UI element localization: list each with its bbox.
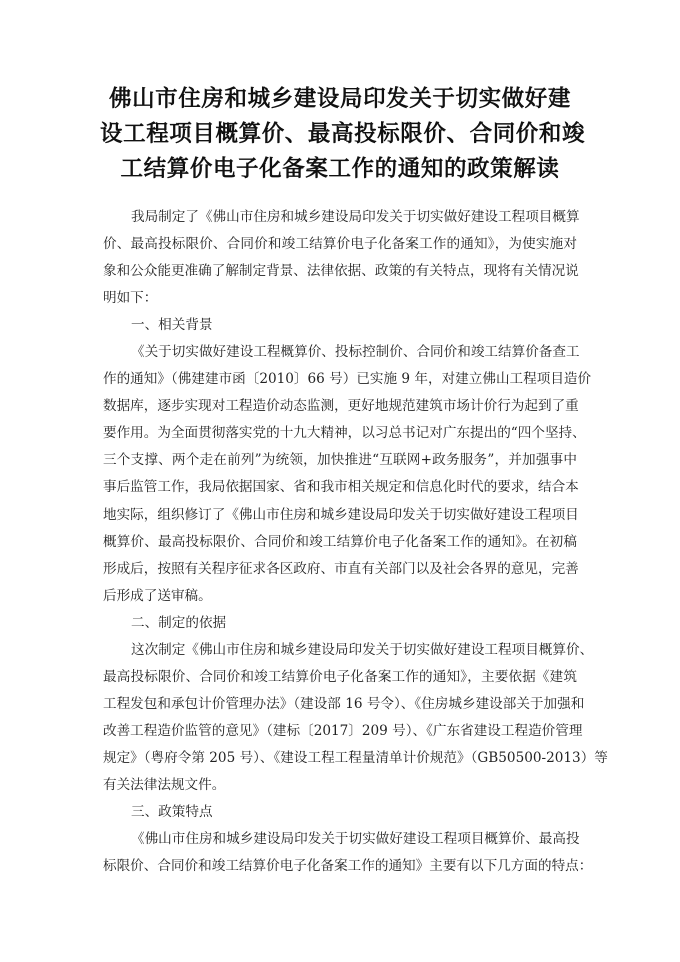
text-line: 三个支撑、两个走在前列”为统领，加快推进“互联网+政务服务”，并加强事中: [103, 447, 577, 474]
text-line: 《佛山市住房和城乡建设局印发关于切实做好建设工程项目概算价、最高投: [103, 826, 577, 853]
features-paragraph: 《佛山市住房和城乡建设局印发关于切实做好建设工程项目概算价、最高投 标限价、合同…: [103, 826, 577, 880]
text-line: 地实际，组织修订了《佛山市住房和城乡建设局印发关于切实做好建设工程项目: [103, 502, 577, 529]
intro-paragraph: 我局制定了《佛山市住房和城乡建设局印发关于切实做好建设工程项目概算 价、最高投标…: [103, 204, 577, 312]
title-line: 工结算价电子化备案工作的通知的政策解读: [100, 152, 580, 187]
text-line: 我局制定了《佛山市住房和城乡建设局印发关于切实做好建设工程项目概算: [103, 204, 577, 231]
text-line: 最高投标限价、合同价和竣工结算价电子化备案工作的通知》，主要依据《建筑: [103, 664, 577, 691]
text-line: 后形成了送审稿。: [103, 583, 577, 610]
text-line: 规定》（粤府令第 205 号）、《建设工程工程量清单计价规范》（GB50500-…: [103, 745, 577, 772]
section-heading-basis: 二、制定的依据: [103, 610, 577, 637]
text-line: 价、最高投标限价、合同价和竣工结算价电子化备案工作的通知》，为使实施对: [103, 231, 577, 258]
text-line: 概算价、最高投标限价、合同价和竣工结算价电子化备案工作的通知》。在初稿: [103, 529, 577, 556]
text-line: 事后监管工作，我局依据国家、省和我市相关规定和信息化时代的要求，结合本: [103, 474, 577, 501]
section-heading-background: 一、相关背景: [103, 312, 577, 339]
text-line: 标限价、合同价和竣工结算价电子化备案工作的通知》主要有以下几方面的特点：: [103, 853, 577, 880]
background-paragraph: 《关于切实做好建设工程概算价、投标控制价、合同价和竣工结算价备查工 作的通知》（…: [103, 339, 577, 609]
text-line: 改善工程造价监管的意见》（建标〔2017〕209 号）、《广东省建设工程造价管理: [103, 718, 577, 745]
document-page: 佛山市住房和城乡建设局印发关于切实做好建 设工程项目概算价、最高投标限价、合同价…: [0, 0, 680, 962]
text-line: 数据库，逐步实现对工程造价动态监测，更好地规范建筑市场计价行为起到了重: [103, 393, 577, 420]
basis-paragraph: 这次制定《佛山市住房和城乡建设局印发关于切实做好建设工程项目概算价、 最高投标限…: [103, 637, 577, 799]
text-line: 这次制定《佛山市住房和城乡建设局印发关于切实做好建设工程项目概算价、: [103, 637, 577, 664]
text-line: 作的通知》（佛建建市函〔2010〕66 号）已实施 9 年，对建立佛山工程项目造…: [103, 366, 577, 393]
title-line: 设工程项目概算价、最高投标限价、合同价和竣: [100, 117, 580, 152]
section-heading-features: 三、政策特点: [103, 799, 577, 826]
document-body: 我局制定了《佛山市住房和城乡建设局印发关于切实做好建设工程项目概算 价、最高投标…: [103, 204, 577, 880]
text-line: 《关于切实做好建设工程概算价、投标控制价、合同价和竣工结算价备查工: [103, 339, 577, 366]
document-title: 佛山市住房和城乡建设局印发关于切实做好建 设工程项目概算价、最高投标限价、合同价…: [100, 82, 580, 187]
title-line: 佛山市住房和城乡建设局印发关于切实做好建: [100, 82, 580, 117]
text-line: 工程发包和承包计价管理办法》（建设部 16 号令）、《住房城乡建设部关于加强和: [103, 691, 577, 718]
text-line: 明如下：: [103, 285, 577, 312]
text-line: 有关法律法规文件。: [103, 772, 577, 799]
text-line: 要作用。为全面贯彻落实党的十九大精神，以习总书记对广东提出的“四个坚持、: [103, 420, 577, 447]
text-line: 形成后，按照有关程序征求各区政府、市直有关部门以及社会各界的意见，完善: [103, 556, 577, 583]
text-line: 象和公众能更准确了解制定背景、法律依据、政策的有关特点，现将有关情况说: [103, 258, 577, 285]
